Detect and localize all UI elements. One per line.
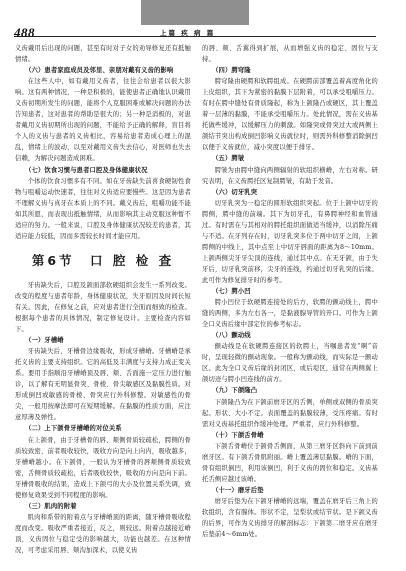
- paragraph: 腭小凹位于软硬腭连接处的后方，软腭的颤动线上，腭中缝的两侧，多为左右各一，是黏液…: [202, 297, 378, 330]
- paragraph: 在这些人中，如有戴用义齿者，往往会给患者以很大影响。这有两种情况，一种是积极的，…: [15, 76, 191, 164]
- subheading: （六）切牙乳突: [202, 187, 378, 198]
- paragraph: 切牙乳突为一稳定的圆形软组织突起。位于上颌中切牙的腭侧，腭中缝的前端。其下为切牙…: [202, 198, 378, 286]
- paragraph: 义齿戴用后出现的问题，甚至有时对子女的劝导修复还有抵触情绪。: [15, 43, 191, 65]
- subheading: （七）腭小凹: [202, 286, 378, 297]
- paragraph: 牙齿缺失后，口腔及颌面部软硬组织会发生一系列改变。改变的程度与患者年龄，身体健康…: [15, 280, 191, 335]
- paragraph: 在上颌骨，由于牙槽骨的唇、颊侧骨质较疏松，腭侧的骨质较致密，前者吸收较快，吸收方…: [15, 435, 191, 501]
- subheading: （十一）磨牙后垫: [202, 485, 378, 496]
- right-column: 的唇、颊、舌翼得到扩展，从而增强义齿的稳定、固位与支持。 （四）腭穹隆 腭穹隆由…: [202, 43, 378, 540]
- section-title: 第6节 口 腔 检 查: [15, 254, 191, 268]
- subheading: （二）上下颌骨牙槽嵴的对位关系: [15, 423, 191, 434]
- paragraph: 个体的饮食习惯多有不同。如在牙齿缺失前喜食硬韧性食物与咀嚼运动快速者，往往对义齿…: [15, 176, 191, 242]
- paragraph: 的唇、颊、舌翼得到扩展，从而增强义齿的稳定、固位与支持。: [202, 43, 378, 65]
- paragraph: 肌肉和系带的附着点与牙槽嵴顶的距离，随牙槽骨吸收程度而改变。吸收严重者接近，反之…: [15, 512, 191, 556]
- scan-artifact-block: [141, 0, 249, 25]
- left-column: 义齿戴用后出现的问题，甚至有时对子女的劝导修复还有抵触情绪。 （六）患者家庭成员…: [15, 43, 191, 556]
- subheading: （四）腭穹隆: [202, 65, 378, 76]
- subheading: （六）患者家庭成员及邻里、亲朋对戴有义齿的影响: [15, 65, 191, 76]
- paragraph: 腭穹隆由硬腭和软腭组成。在硬腭前部覆盖着高度角化的上皮组织，其下为紧密的黏膜下层…: [202, 76, 378, 153]
- subheading: （五）腭皱: [202, 153, 378, 164]
- subheading: （九）下颌隆凸: [202, 385, 378, 396]
- paragraph: 腭皱为由腭中缝向两侧辐射的软组织横嵴，左右对称。研究表明，在义齿腭托区复制腭皱，…: [202, 165, 378, 187]
- subheading: （八）颤动线: [202, 330, 378, 341]
- paragraph: 牙齿缺失后，牙槽骨边缘吸收，形成牙槽嵴。牙槽嵴是承托义齿的主要支持组织。它的高低…: [15, 346, 191, 423]
- paragraph: 颤动线是在软硬腭连接区的软腭上，当嘱患者发“啊”音时，呈现轻微的颤动现象。一般称…: [202, 341, 378, 385]
- header-rule: [14, 36, 376, 37]
- paragraph: 磨牙后垫为在下颌牙槽嵴的远端，覆盖在磨牙后三角上的软组织，含有腺体。形状不定，呈…: [202, 496, 378, 540]
- subheading: （十）下颌舌骨嵴: [202, 430, 378, 441]
- paragraph: 下颌隆凸为在下颌前磨牙区的舌侧，单侧或双侧的骨质突起。形状、大小不定。表面覆盖的…: [202, 397, 378, 430]
- subheading: （七）饮食习惯与患者口腔及身体健康状况: [15, 165, 191, 176]
- subheading: （三）肌肉的附着: [15, 501, 191, 512]
- subheading: （一）牙槽嵴: [15, 335, 191, 346]
- paragraph: 下颌舌骨嵴位于颌骨舌侧面，从第三磨牙区斜向下前到前磨牙区。有下颌舌骨肌附丽。嵴上…: [202, 441, 378, 485]
- page-number: 488: [14, 25, 35, 41]
